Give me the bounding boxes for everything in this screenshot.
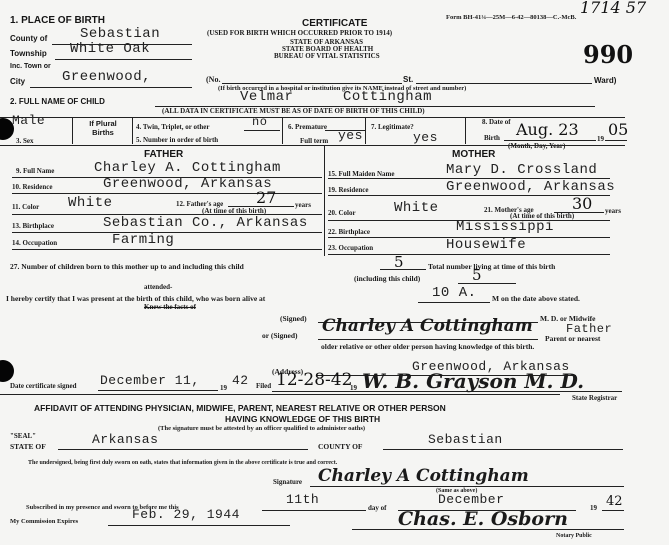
no-label: (No. (206, 75, 220, 84)
living-label-2: (including this child) (354, 274, 420, 283)
signed-label: (Signed) (280, 314, 307, 323)
father-age-unit: years (295, 201, 311, 209)
mother-occupation-label: 23. Occupation (328, 244, 373, 252)
commission-expires: Feb. 29, 1944 (132, 507, 240, 522)
premature-label: 6. Premature (288, 123, 327, 131)
sworn-month: December (438, 492, 504, 507)
child-first-name: Velmar (240, 89, 293, 105)
sworn-year-prefix: 19 (590, 504, 597, 512)
mother-age: 30 (572, 194, 592, 213)
order-label: 5. Number in order of birth (136, 136, 218, 144)
handwritten-number: 1714 57 (580, 0, 646, 17)
affidavit-signature: Charley A Cottingham (318, 466, 529, 486)
living-label: Total number living at time of this birt… (428, 262, 555, 271)
certify-statement: I hereby certify that I was present at t… (6, 294, 265, 303)
informant-signature: Charley A Cottingham (322, 316, 533, 336)
form-number: Form BH-41¼—25M—6-42—80138—C.-McB. (446, 14, 576, 21)
affidavit-state: Arkansas (92, 432, 158, 447)
date-year-prefix: 19 (220, 384, 227, 392)
sworn-day: 11th (286, 492, 319, 507)
signature-label: Signature (273, 478, 302, 486)
child-last-name: Cottingham (343, 89, 432, 105)
legitimate-label: 7. Legitimate? (371, 123, 414, 131)
st-label: St. (403, 75, 413, 84)
affidavit-county: Sebastian (428, 432, 503, 447)
mother-birthplace: Mississippi (456, 219, 554, 235)
filed-date: 12-28-42 (276, 370, 352, 390)
sex-value: Male (12, 113, 45, 128)
mother-name: Mary D. Crossland (446, 162, 597, 178)
day-of-label: day of (368, 504, 386, 512)
older-relative-text: older relative or other older person hav… (321, 342, 631, 352)
notary-label: Notary Public (556, 533, 592, 539)
city-label: City (10, 77, 25, 86)
certify-statement-end: M on the date above stated. (492, 294, 580, 303)
dob-year-prefix: 19 (597, 135, 604, 143)
mother-age-unit: years (605, 207, 621, 215)
mother-residence-label: 19. Residence (328, 186, 368, 194)
township-label: Township (10, 49, 47, 58)
plural-births-label: If Plural Births (80, 119, 126, 137)
birth-time: 10 A. (432, 285, 477, 301)
township-value: White Oak (70, 41, 150, 57)
or-signed-label: or (Signed) (262, 331, 298, 340)
certificate-subtitle: (USED FOR BIRTH WHICH OCCURRED PRIOR TO … (207, 29, 392, 37)
legitimate-value: yes (413, 130, 438, 145)
data-note: (ALL DATA IN CERTIFICATE MUST BE AS OF D… (162, 107, 425, 115)
seal-label: "SEAL" (10, 432, 36, 440)
plural-births-text: If Plural Births (89, 119, 117, 137)
affidavit-note: (The signature must be attested by an of… (158, 425, 365, 432)
father-color: White (68, 195, 113, 211)
father-age: 27 (256, 188, 276, 207)
mother-residence: Greenwood, Arkansas (446, 179, 615, 195)
mother-occupation: Housewife (446, 237, 526, 253)
dob-label-1: 8. Date of (482, 118, 511, 126)
registrar-signature: W. B. Grayson M. D. (362, 369, 584, 393)
child-name-label: 2. FULL NAME OF CHILD (10, 97, 105, 106)
place-of-birth-label: 1. PLACE OF BIRTH (10, 15, 105, 26)
twin-label: 4. Twin, Triplet, or other (136, 123, 209, 131)
full-term-value: yes (338, 128, 363, 143)
mother-name-label: 15. Full Maiden Name (328, 170, 395, 178)
county-value: Sebastian (80, 26, 160, 42)
living-count: 5 (472, 266, 482, 284)
father-residence: Greenwood, Arkansas (103, 176, 272, 192)
mother-color: White (394, 200, 439, 216)
children-count-label: 27. Number of children born to this moth… (10, 262, 244, 271)
oath-text: The undersigned, being first duly sworn … (28, 460, 337, 466)
attended-insert: attended- (144, 283, 172, 291)
father-occupation-label: 14. Occupation (12, 239, 57, 247)
mother-birthplace-label: 22. Birthplace (328, 228, 370, 236)
father-residence-label: 10. Residence (12, 183, 52, 191)
father-name-label: 9. Full Name (16, 167, 54, 175)
father-occupation: Farming (112, 232, 174, 248)
commission-label: My Commission Expires (10, 518, 78, 525)
county-label: County of (10, 34, 47, 43)
dob-year: 05 (608, 120, 628, 139)
state-label: STATE OF (10, 442, 46, 451)
father-heading: FATHER (144, 149, 183, 160)
date-year: 42 (232, 373, 249, 388)
full-term-label: Full term (300, 137, 328, 145)
mother-color-label: 20. Color (328, 209, 356, 217)
ward-label: Ward) (594, 76, 616, 85)
mother-heading: MOTHER (452, 149, 495, 160)
struck-text: Knew the facts of (144, 303, 196, 311)
notary-signature: Chas. E. Osborn (398, 508, 568, 530)
sworn-year: 42 (606, 494, 623, 509)
county-of-label: COUNTY OF (318, 442, 363, 451)
bureau-line: BUREAU OF VITAL STATISTICS (274, 52, 380, 60)
date-signed-label: Date certificate signed (10, 382, 76, 390)
dob-label-2: Birth (484, 134, 500, 142)
affidavit-title-1: AFFIDAVIT OF ATTENDING PHYSICIAN, MIDWIF… (34, 403, 446, 413)
city-value: Greenwood, (62, 69, 151, 85)
dob-format: (Month, Day, Year) (508, 142, 565, 150)
birth-certificate: 1. PLACE OF BIRTH CERTIFICATE (USED FOR … (0, 0, 669, 545)
registrar-label: State Registrar (572, 394, 617, 402)
affidavit-title-2: HAVING KNOWLEDGE OF THIS BIRTH (225, 414, 380, 424)
twin-value: no (252, 115, 267, 129)
father-color-label: 11. Color (12, 203, 39, 211)
punch-hole-bottom (0, 360, 14, 382)
father-birthplace: Sebastian Co., Arkansas (103, 215, 308, 231)
certificate-number: 990 (583, 40, 633, 69)
town-label: Inc. Town or (10, 63, 51, 70)
certificate-title: CERTIFICATE (302, 18, 367, 29)
father-name: Charley A. Cottingham (94, 160, 281, 176)
father-birthplace-label: 13. Birthplace (12, 222, 54, 230)
filed-label: Filed (256, 382, 271, 390)
dob-value: Aug. 23 (516, 120, 579, 139)
sex-label: 3. Sex (16, 137, 34, 145)
date-signed: December 11, (100, 373, 200, 388)
